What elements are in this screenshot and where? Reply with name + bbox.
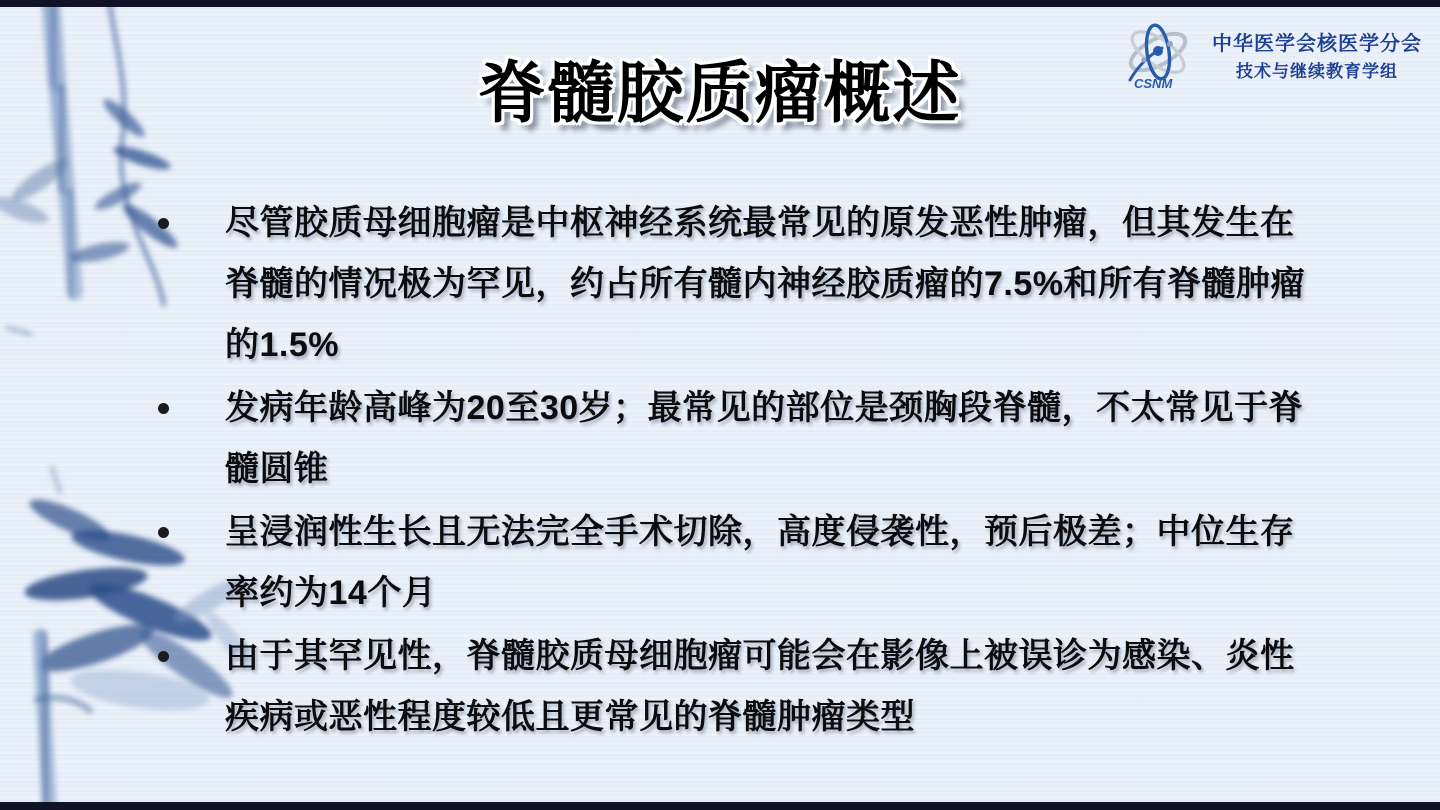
bullet-item-3: 呈浸润性生长且无法完全手术切除，高度侵袭性，预后极差；中位生存率约为14个月 bbox=[150, 502, 1320, 624]
bullet-dot bbox=[158, 527, 169, 538]
bullet-item-4: 由于其罕见性，脊髓胶质母细胞瘤可能会在影像上被误诊为感染、炎性疾病或恶性程度较低… bbox=[150, 626, 1320, 748]
bullet-text-3: 呈浸润性生长且无法完全手术切除，高度侵袭性，预后极差；中位生存率约为14个月 bbox=[225, 502, 1313, 624]
top-border-bar bbox=[0, 0, 1440, 7]
bullet-text-1: 尽管胶质母细胞瘤是中枢神经系统最常见的原发恶性肿瘤，但其发生在脊髓的情况极为罕见… bbox=[225, 193, 1313, 376]
logo-text-block: 中华医学会核医学分会 技术与继续教育学组 bbox=[1212, 29, 1422, 85]
bullet-item-2: 发病年龄高峰为20至30岁；最常见的部位是颈胸段脊髓，不太常见于脊髓圆锥 bbox=[150, 378, 1320, 500]
bullet-gutter bbox=[150, 193, 225, 376]
bullet-text-2: 发病年龄高峰为20至30岁；最常见的部位是颈胸段脊髓，不太常见于脊髓圆锥 bbox=[225, 378, 1313, 500]
bullet-gutter bbox=[150, 626, 225, 748]
bullet-list: 尽管胶质母细胞瘤是中枢神经系统最常见的原发恶性肿瘤，但其发生在脊髓的情况极为罕见… bbox=[150, 193, 1320, 750]
logo-acronym: CSNM bbox=[1134, 76, 1173, 91]
logo-org-name: 中华医学会核医学分会 bbox=[1212, 29, 1422, 59]
presentation-slide: 脊髓胶质瘤概述 CSNM 中华医学会核医学分会 技术与继续教育学组 bbox=[0, 0, 1440, 810]
bottom-border-bar bbox=[0, 802, 1440, 810]
bullet-text-4: 由于其罕见性，脊髓胶质母细胞瘤可能会在影像上被误诊为感染、炎性疾病或恶性程度较低… bbox=[225, 626, 1313, 748]
bullet-dot bbox=[158, 403, 169, 414]
bullet-gutter bbox=[150, 378, 225, 500]
bullet-dot bbox=[158, 218, 169, 229]
bullet-dot bbox=[158, 651, 169, 662]
bullet-gutter bbox=[150, 502, 225, 624]
logo-group-name: 技术与继续教育学组 bbox=[1212, 59, 1422, 85]
organization-logo: CSNM 中华医学会核医学分会 技术与继续教育学组 bbox=[1118, 22, 1422, 92]
atom-icon: CSNM bbox=[1118, 22, 1202, 92]
bullet-item-1: 尽管胶质母细胞瘤是中枢神经系统最常见的原发恶性肿瘤，但其发生在脊髓的情况极为罕见… bbox=[150, 193, 1320, 376]
